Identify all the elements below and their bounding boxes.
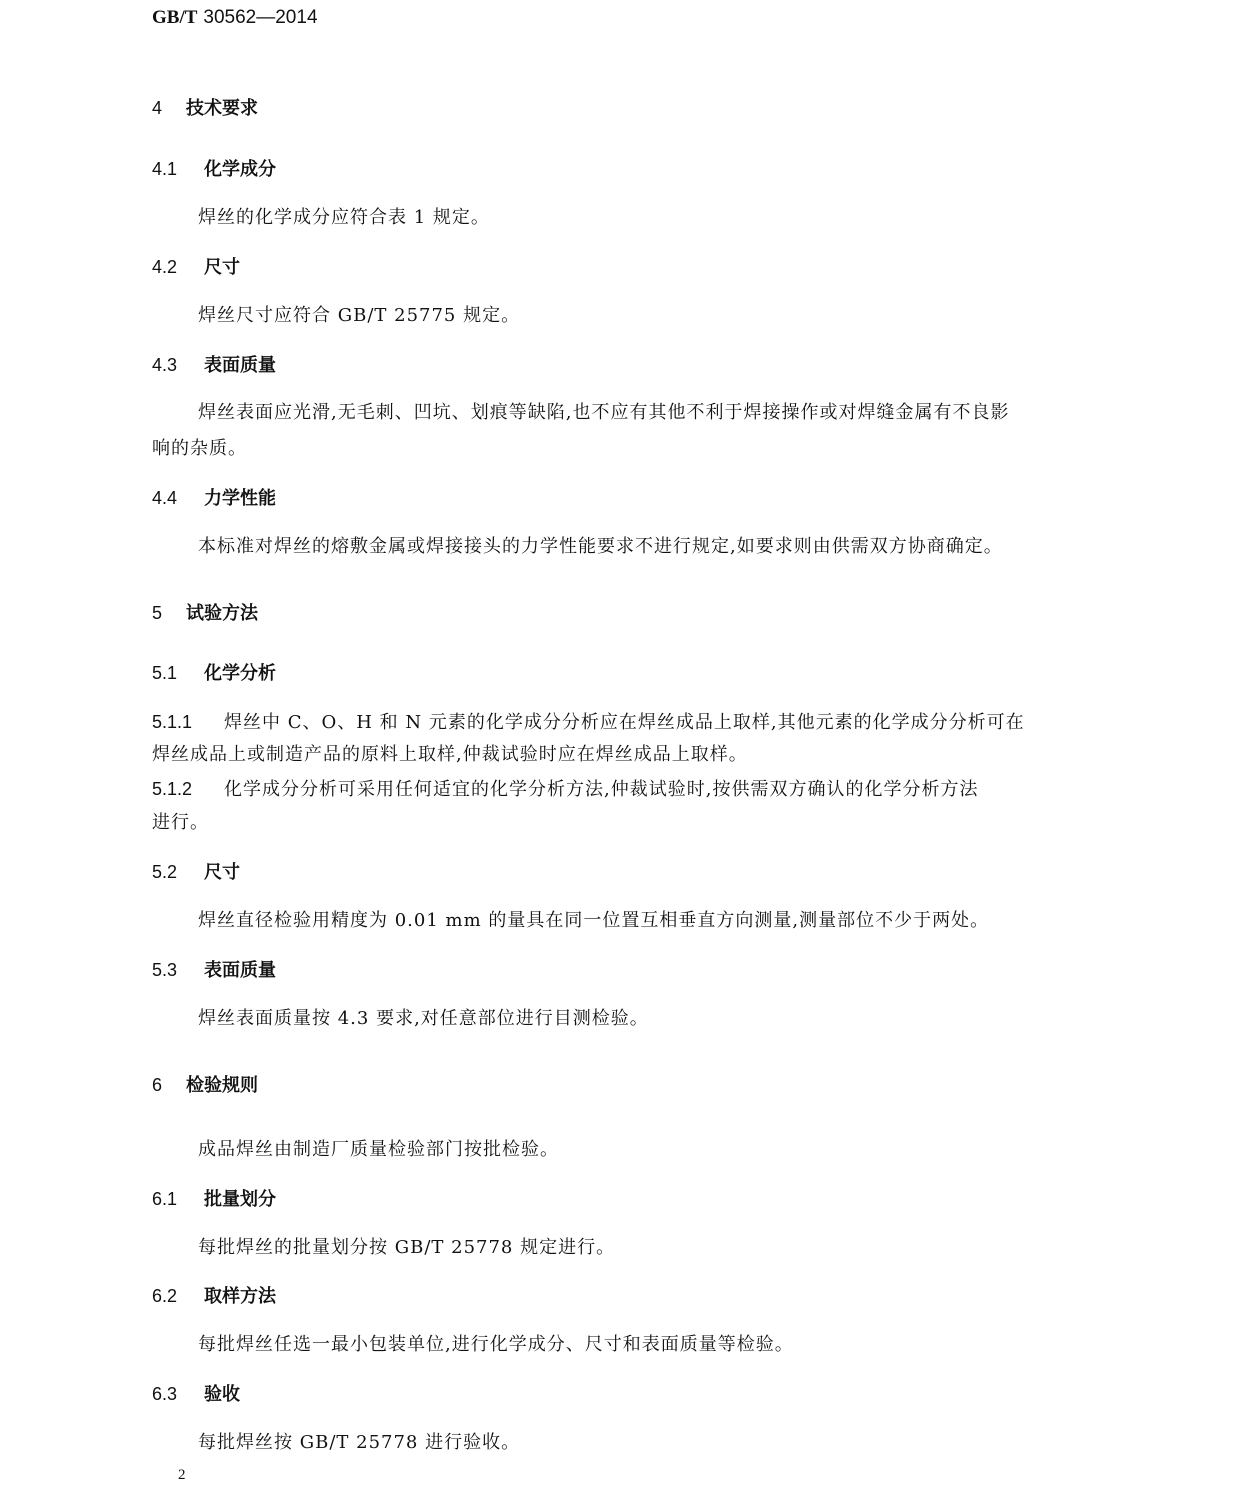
section-title: 技术要求 [186,98,258,119]
section-heading-6: 6检验规则 [152,1076,258,1095]
paragraph-6-3: 每批焊丝按 GB/T 25778 进行验收。 [198,1434,520,1452]
paragraph-4-3-line-1: 焊丝表面应光滑,无毛刺、凹坑、划痕等缺陷,也不应有其他不利于焊接操作或对焊缝金属… [198,404,1009,422]
subsection-number: 5.2 [152,863,204,881]
paragraph-6-1: 每批焊丝的批量划分按 GB/T 25778 规定进行。 [198,1239,615,1257]
paragraph-4-2: 焊丝尺寸应符合 GB/T 25775 规定。 [198,307,520,325]
clause-5-1-1-line-1: 5.1.1焊丝中 C、O、H 和 N 元素的化学成分分析应在焊丝成品上取样,其他… [152,713,1025,732]
paragraph-4-1: 焊丝的化学成分应符合表 1 规定。 [198,209,490,227]
subsection-title: 化学成分 [204,159,276,180]
paragraph-6-intro: 成品焊丝由制造厂质量检验部门按批检验。 [198,1141,559,1159]
clause-number: 5.1.2 [152,780,224,798]
subsection-heading-6-3: 6.3验收 [152,1385,240,1404]
subsection-number: 4.2 [152,258,204,276]
clause-text: 焊丝中 C、O、H 和 N 元素的化学成分分析应在焊丝成品上取样,其他元素的化学… [224,712,1025,733]
clause-number: 5.1.1 [152,713,224,731]
paragraph-6-2: 每批焊丝任选一最小包装单位,进行化学成分、尺寸和表面质量等检验。 [198,1336,794,1354]
subsection-title: 验收 [204,1384,240,1405]
subsection-heading-4-2: 4.2尺寸 [152,258,240,277]
paragraph-4-3-line-2: 响的杂质。 [152,440,247,458]
clause-5-1-1-line-2: 焊丝成品上或制造产品的原料上取样,仲裁试验时应在焊丝成品上取样。 [152,746,748,764]
subsection-title: 尺寸 [204,862,240,883]
subsection-title: 尺寸 [204,257,240,278]
subsection-heading-6-2: 6.2取样方法 [152,1287,276,1306]
subsection-heading-6-1: 6.1批量划分 [152,1190,276,1209]
section-number: 6 [152,1076,186,1094]
page-number: 2 [178,1468,186,1483]
document-header: GB/T30562—2014 [152,8,318,27]
paragraph-5-2: 焊丝直径检验用精度为 0.01 mm 的量具在同一位置互相垂直方向测量,测量部位… [198,912,989,930]
subsection-number: 6.2 [152,1287,204,1305]
section-number: 4 [152,99,186,117]
subsection-heading-5-3: 5.3表面质量 [152,961,276,980]
subsection-heading-4-1: 4.1化学成分 [152,160,276,179]
section-title: 试验方法 [186,603,258,624]
subsection-title: 表面质量 [204,960,276,981]
clause-text: 化学成分分析可采用任何适宜的化学分析方法,仲裁试验时,按供需双方确认的化学分析方… [224,779,978,800]
subsection-number: 4.4 [152,489,204,507]
subsection-title: 化学分析 [204,663,276,684]
clause-5-1-2-line-2: 进行。 [152,814,209,832]
standard-number: 30562—2014 [203,7,317,28]
subsection-title: 表面质量 [204,355,276,376]
paragraph-5-3: 焊丝表面质量按 4.3 要求,对任意部位进行目测检验。 [198,1010,649,1028]
section-title: 检验规则 [186,1075,258,1096]
section-heading-4: 4技术要求 [152,99,258,118]
subsection-heading-5-2: 5.2尺寸 [152,863,240,882]
subsection-number: 6.1 [152,1190,204,1208]
section-heading-5: 5试验方法 [152,604,258,623]
section-number: 5 [152,604,186,622]
subsection-number: 4.3 [152,356,204,374]
subsection-heading-4-3: 4.3表面质量 [152,356,276,375]
paragraph-4-4: 本标准对焊丝的熔敷金属或焊接接头的力学性能要求不进行规定,如要求则由供需双方协商… [198,538,1003,556]
subsection-number: 6.3 [152,1385,204,1403]
subsection-number: 5.1 [152,664,204,682]
clause-5-1-2-line-1: 5.1.2化学成分分析可采用任何适宜的化学分析方法,仲裁试验时,按供需双方确认的… [152,780,978,799]
subsection-title: 取样方法 [204,1286,276,1307]
subsection-heading-4-4: 4.4力学性能 [152,489,276,508]
standard-prefix: GB/T [152,7,197,28]
subsection-title: 力学性能 [204,488,276,509]
subsection-number: 4.1 [152,160,204,178]
subsection-title: 批量划分 [204,1189,276,1210]
subsection-number: 5.3 [152,961,204,979]
subsection-heading-5-1: 5.1化学分析 [152,664,276,683]
